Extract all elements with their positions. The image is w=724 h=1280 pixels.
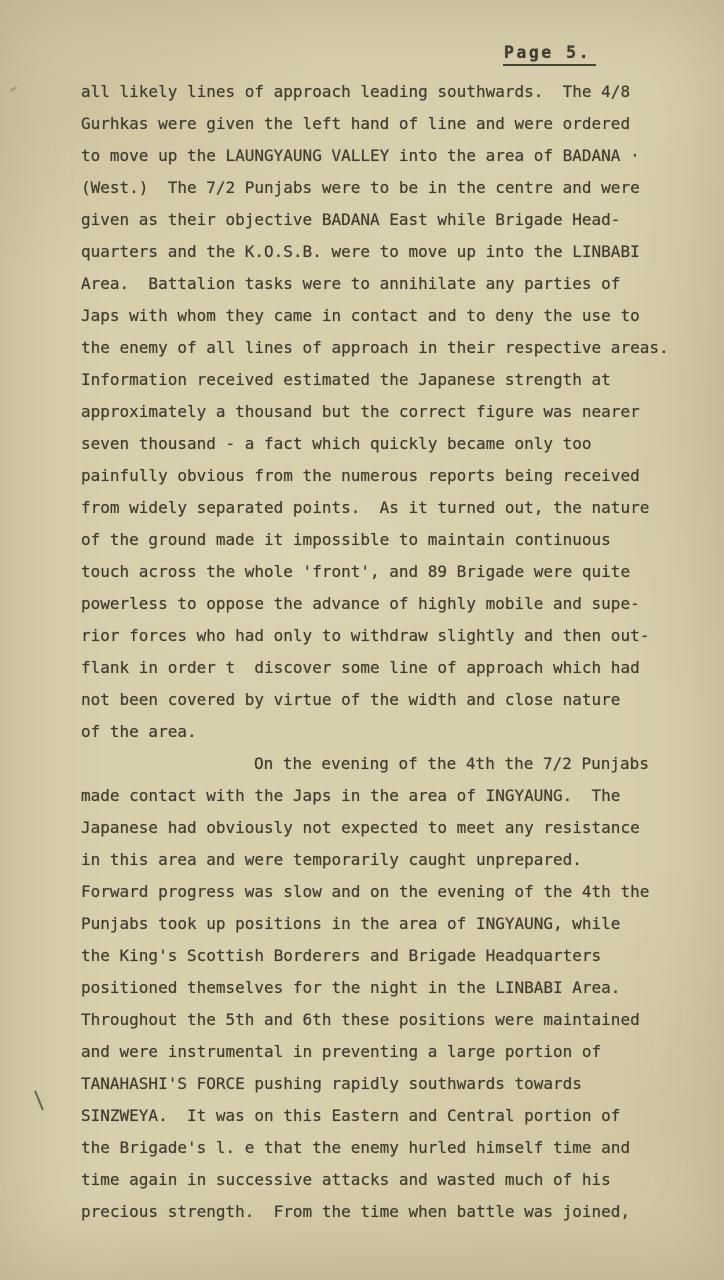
- text-line: positioned themselves for the night in t…: [81, 972, 681, 1004]
- text-line: given as their objective BADANA East whi…: [81, 204, 681, 236]
- text-line: Japs with whom they came in contact and …: [81, 300, 681, 332]
- text-line: rior forces who had only to withdraw sli…: [81, 620, 681, 652]
- text-line: Information received estimated the Japan…: [81, 364, 681, 396]
- text-line: painfully obvious from the numerous repo…: [81, 460, 681, 492]
- text-line: seven thousand - a fact which quickly be…: [81, 428, 681, 460]
- text-line: Forward progress was slow and on the eve…: [81, 876, 681, 908]
- text-line: SINZWEYA. It was on this Eastern and Cen…: [81, 1100, 681, 1132]
- pencil-stray-mark: [34, 1090, 44, 1110]
- text-line: of the area.: [81, 716, 681, 748]
- text-line: approximately a thousand but the correct…: [81, 396, 681, 428]
- text-line: touch across the whole 'front', and 89 B…: [81, 556, 681, 588]
- text-line: made contact with the Japs in the area o…: [81, 780, 681, 812]
- text-line: quarters and the K.O.S.B. were to move u…: [81, 236, 681, 268]
- text-line: and were instrumental in preventing a la…: [81, 1036, 681, 1068]
- text-line: Gurhkas were given the left hand of line…: [81, 108, 681, 140]
- text-line: to move up the LAUNGYAUNG VALLEY into th…: [81, 140, 681, 172]
- page-number: Page 5.: [503, 43, 596, 66]
- document-body: all likely lines of approach leading sou…: [81, 76, 681, 1228]
- text-line: not been covered by virtue of the width …: [81, 684, 681, 716]
- text-line: On the evening of the 4th the 7/2 Punjab…: [81, 748, 681, 780]
- text-line: flank in order t discover some line of a…: [81, 652, 681, 684]
- text-line: precious strength. From the time when ba…: [81, 1196, 681, 1228]
- text-line: (West.) The 7/2 Punjabs were to be in th…: [81, 172, 681, 204]
- text-line: Punjabs took up positions in the area of…: [81, 908, 681, 940]
- text-line: the enemy of all lines of approach in th…: [81, 332, 681, 364]
- text-line: from widely separated points. As it turn…: [81, 492, 681, 524]
- paragraph-2: On the evening of the 4th the 7/2 Punjab…: [81, 748, 681, 1228]
- paper-speck: [10, 86, 17, 91]
- text-line: time again in successive attacks and was…: [81, 1164, 681, 1196]
- text-line: Area. Battalion tasks were to annihilate…: [81, 268, 681, 300]
- text-line: Throughout the 5th and 6th these positio…: [81, 1004, 681, 1036]
- text-line: in this area and were temporarily caught…: [81, 844, 681, 876]
- text-line: of the ground made it impossible to main…: [81, 524, 681, 556]
- text-line: Japanese had obviously not expected to m…: [81, 812, 681, 844]
- paragraph-1: all likely lines of approach leading sou…: [81, 76, 681, 748]
- document-page: Page 5. all likely lines of approach lea…: [0, 0, 724, 1280]
- text-line: TANAHASHI'S FORCE pushing rapidly southw…: [81, 1068, 681, 1100]
- text-line: the King's Scottish Borderers and Brigad…: [81, 940, 681, 972]
- text-line: powerless to oppose the advance of highl…: [81, 588, 681, 620]
- text-line: all likely lines of approach leading sou…: [81, 76, 681, 108]
- text-line: the Brigade's l. e that the enemy hurled…: [81, 1132, 681, 1164]
